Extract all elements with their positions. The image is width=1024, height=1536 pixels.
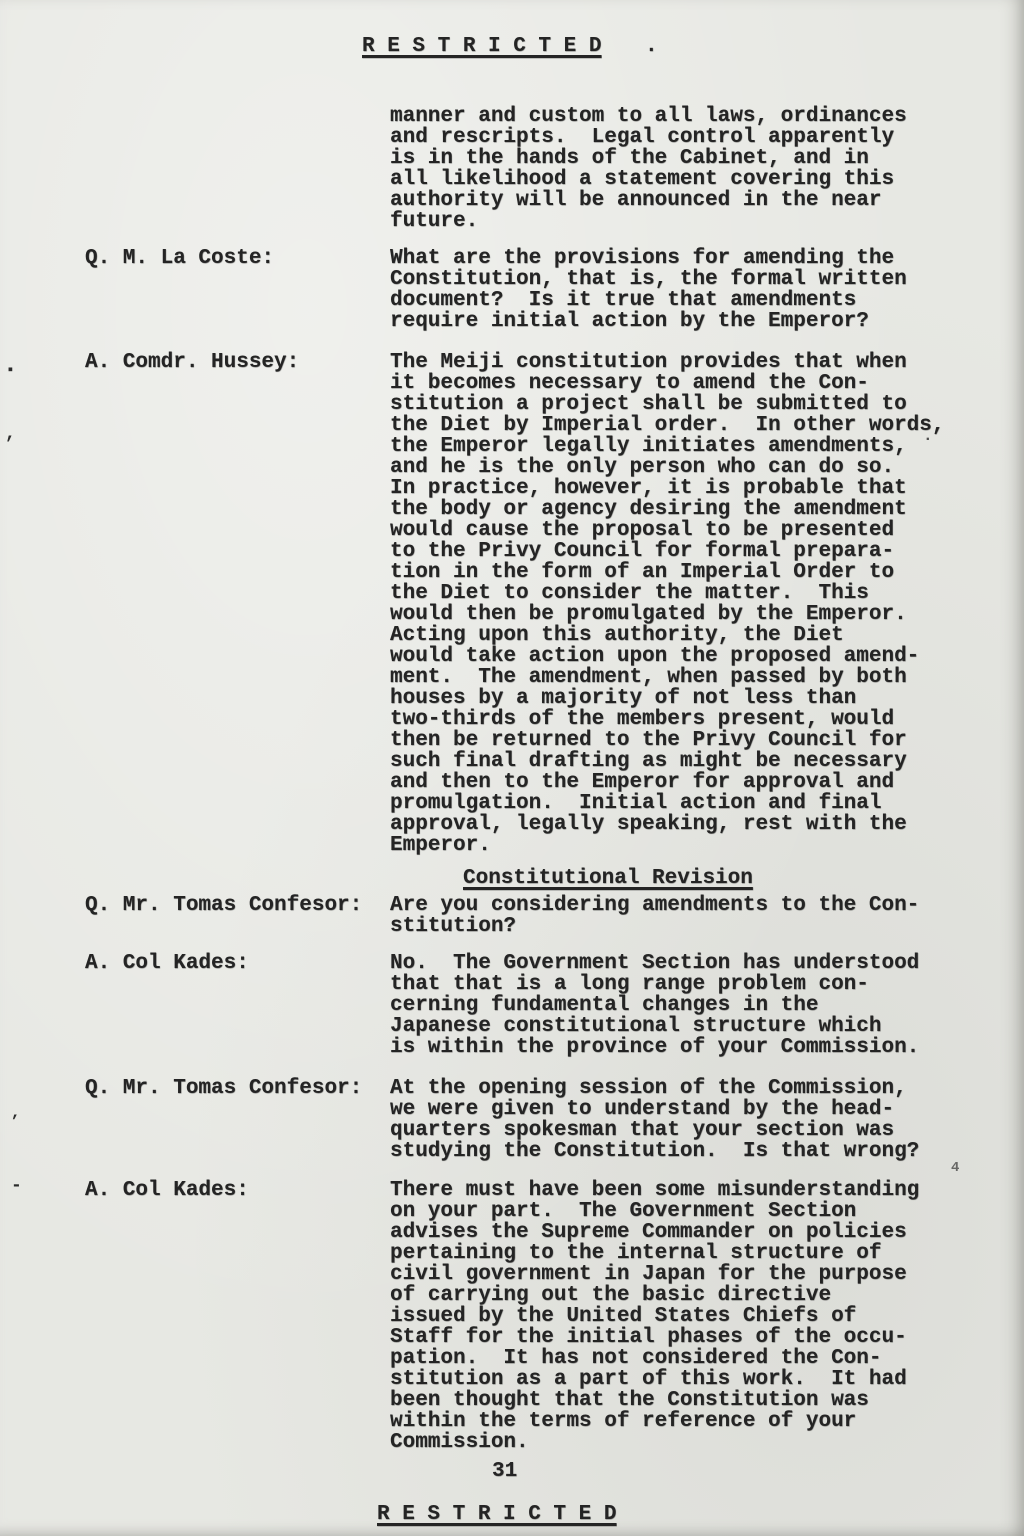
document-body: manner and custom to all laws, ordinance… <box>0 106 1024 1482</box>
answer-text: No. The Government Section has understoo… <box>390 953 979 1058</box>
speaker-label: Q. Mr. Tomas Confesor: <box>85 1078 390 1099</box>
qa-row: A. Col Kades: No. The Government Section… <box>85 953 1024 1058</box>
speaker-label: A. Col Kades: <box>85 953 390 974</box>
scan-speck-comma: , <box>5 424 16 445</box>
answer-text: The Meiji constitution provides that whe… <box>390 352 979 856</box>
scan-speck-period: . <box>923 426 933 447</box>
section-heading-wrap: Constitutional Revision <box>0 856 1024 881</box>
intro-paragraph: manner and custom to all laws, ordinance… <box>390 106 979 232</box>
scan-speck-quote: ’ <box>10 1112 20 1133</box>
header-stray-period: . <box>645 36 658 57</box>
question-text: What are the provisions for amending the… <box>390 248 979 332</box>
scan-speck-dash: - <box>11 1176 22 1197</box>
question-text: At the opening session of the Commission… <box>390 1078 979 1162</box>
speaker-label: A. Col Kades: <box>85 1180 390 1201</box>
scan-speck-four: 4 <box>951 1158 959 1179</box>
qa-row: Q. Mr. Tomas Confesor: Are you consideri… <box>85 895 1024 937</box>
question-text: Are you considering amendments to the Co… <box>390 895 979 937</box>
speaker-label: Q. M. La Coste: <box>85 248 390 269</box>
scan-speck-square: ▪ <box>6 360 15 381</box>
classification-footer: R E S T R I C T E D <box>377 1504 616 1525</box>
classification-header: R E S T R I C T E D <box>362 36 601 57</box>
qa-row: A. Col Kades: There must have been some … <box>85 1180 1024 1453</box>
answer-text: There must have been some misunderstandi… <box>390 1180 979 1453</box>
document-page: R E S T R I C T E D . manner and custom … <box>0 0 1024 1536</box>
speaker-label: Q. Mr. Tomas Confesor: <box>85 895 390 916</box>
qa-row: A. Comdr. Hussey: The Meiji constitution… <box>85 352 1024 856</box>
speaker-label: A. Comdr. Hussey: <box>85 352 390 373</box>
intro-paragraph-row: manner and custom to all laws, ordinance… <box>390 106 1024 232</box>
page-number: 31 <box>492 1461 1024 1482</box>
qa-row: Q. M. La Coste: What are the provisions … <box>85 248 1024 332</box>
qa-row: Q. Mr. Tomas Confesor: At the opening se… <box>85 1078 1024 1162</box>
section-heading: Constitutional Revision <box>463 868 753 889</box>
